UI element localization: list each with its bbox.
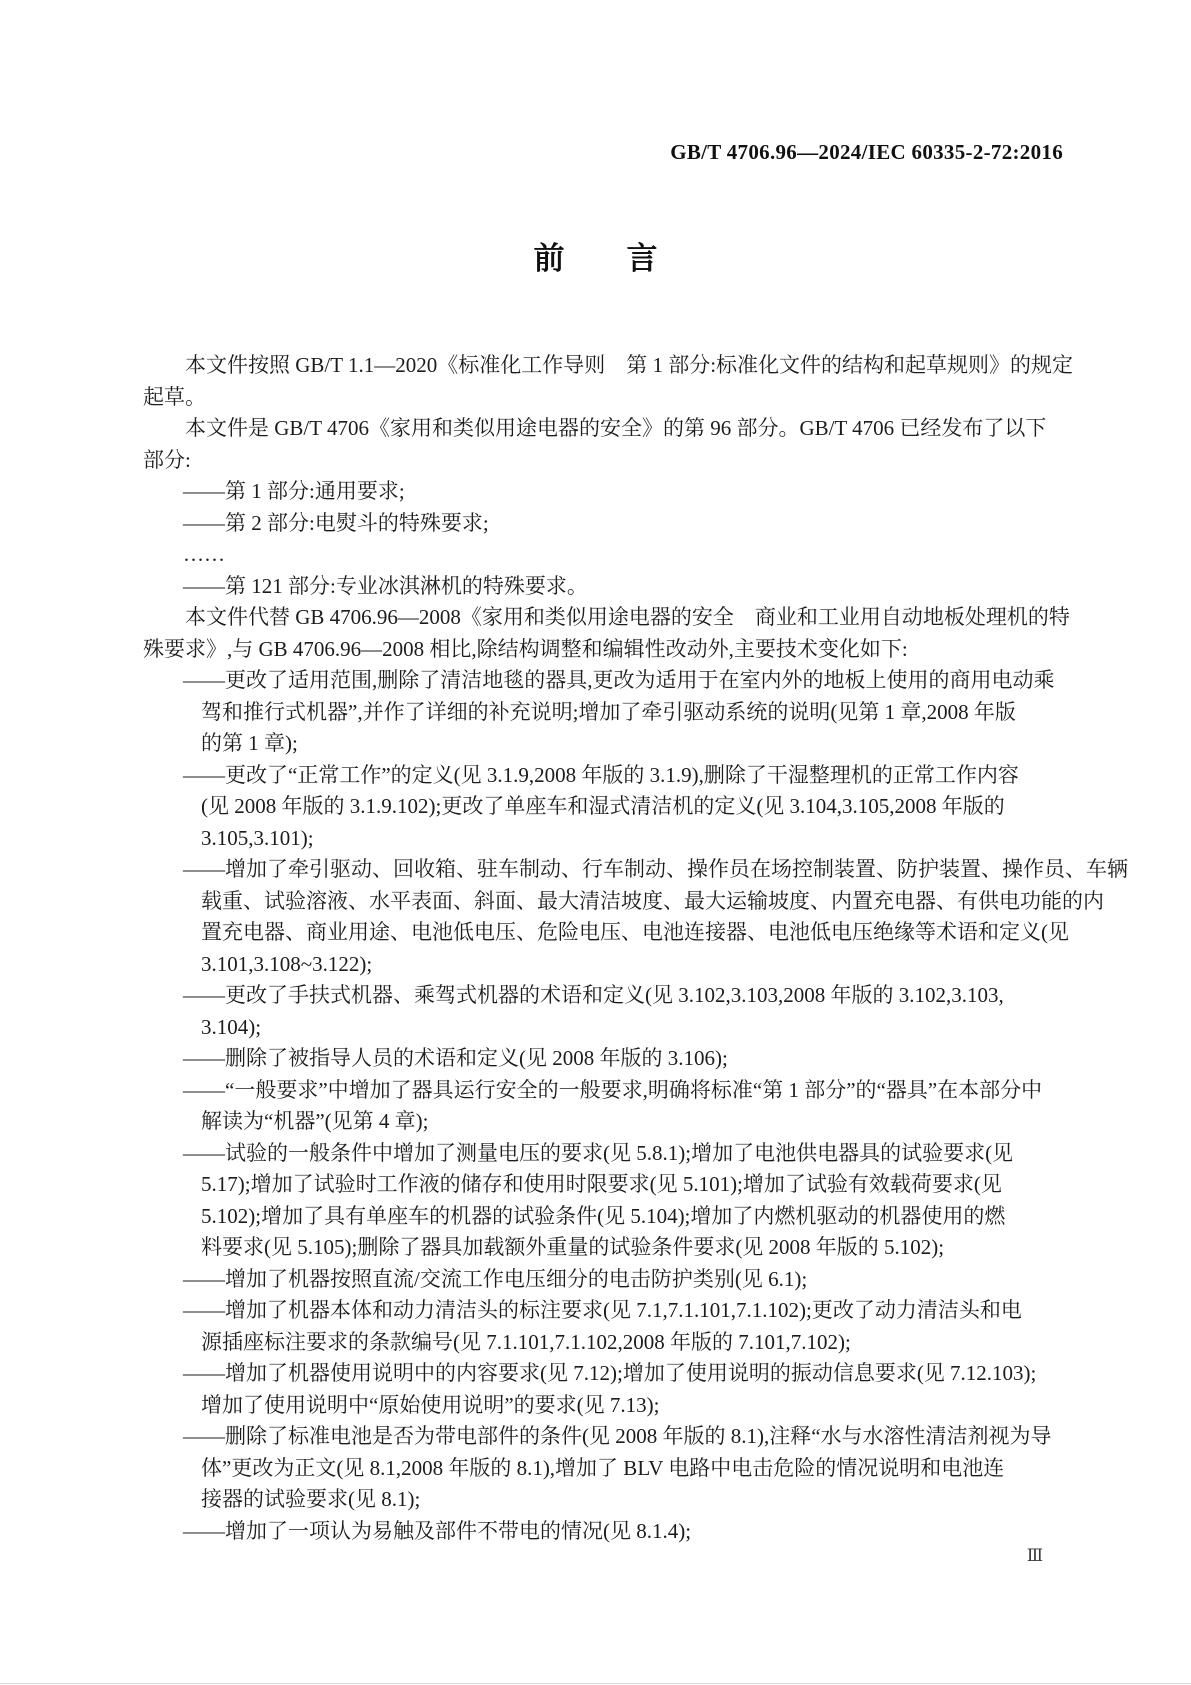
text-line: 接器的试验要求(见 8.1);: [143, 1484, 1063, 1516]
text-line: (见 2008 年版的 3.1.9.102);更改了单座车和湿式清洁机的定义(见…: [143, 791, 1063, 823]
text-line: 本文件是 GB/T 4706《家用和类似用途电器的安全》的第 96 部分。GB/…: [143, 413, 1063, 445]
text-line: 5.17);增加了试验时工作液的储存和使用时限要求(见 5.101);增加了试验…: [143, 1169, 1063, 1201]
page-bottom-edge: [0, 1683, 1191, 1684]
text-line: 体”更改为正文(见 8.1,2008 年版的 8.1),增加了 BLV 电路中电…: [143, 1453, 1063, 1485]
text-line: ——删除了标准电池是否为带电部件的条件(见 2008 年版的 8.1),注释“水…: [143, 1421, 1063, 1453]
text-line: 驾和推行式机器”,并作了详细的补充说明;增加了牵引驱动系统的说明(见第 1 章,…: [143, 697, 1063, 729]
text-line: 5.102);增加了具有单座车的机器的试验条件(见 5.104);增加了内燃机驱…: [143, 1201, 1063, 1233]
text-line: 部分:: [143, 445, 1063, 477]
text-line: 本文件代替 GB 4706.96—2008《家用和类似用途电器的安全 商业和工业…: [143, 602, 1063, 634]
text-line: 载重、试验溶液、水平表面、斜面、最大清洁坡度、最大运输坡度、内置充电器、有供电功…: [143, 886, 1063, 918]
text-line: ——增加了机器按照直流/交流工作电压细分的电击防护类别(见 6.1);: [143, 1264, 1063, 1296]
document-page: GB/T 4706.96—2024/IEC 60335-2-72:2016 前 …: [0, 0, 1191, 1685]
text-line: 3.105,3.101);: [143, 823, 1063, 855]
text-line: 起草。: [143, 382, 1063, 414]
text-line: 置充电器、商业用途、电池低电压、危险电压、电池连接器、电池低电压绝缘等术语和定义…: [143, 917, 1063, 949]
text-line: ——增加了机器使用说明中的内容要求(见 7.12);增加了使用说明的振动信息要求…: [143, 1358, 1063, 1390]
text-line: ——增加了牵引驱动、回收箱、驻车制动、行车制动、操作员在场控制装置、防护装置、操…: [143, 854, 1063, 886]
text-line: ——删除了被指导人员的术语和定义(见 2008 年版的 3.106);: [143, 1043, 1063, 1075]
text-line: ——试验的一般条件中增加了测量电压的要求(见 5.8.1);增加了电池供电器具的…: [143, 1138, 1063, 1170]
text-line: ——第 2 部分:电熨斗的特殊要求;: [143, 508, 1063, 540]
page-title: 前 言: [0, 233, 1191, 278]
text-line: ——“一般要求”中增加了器具运行安全的一般要求,明确将标准“第 1 部分”的“器…: [143, 1075, 1063, 1107]
text-line: 增加了使用说明中“原始使用说明”的要求(见 7.13);: [143, 1390, 1063, 1422]
body-lines: 本文件按照 GB/T 1.1—2020《标准化工作导则 第 1 部分:标准化文件…: [143, 350, 1063, 1547]
text-line: ……: [143, 539, 1063, 571]
text-line: 3.104);: [143, 1012, 1063, 1044]
text-line: ——更改了“正常工作”的定义(见 3.1.9,2008 年版的 3.1.9),删…: [143, 760, 1063, 792]
text-line: 本文件按照 GB/T 1.1—2020《标准化工作导则 第 1 部分:标准化文件…: [143, 350, 1063, 382]
text-line: ——第 121 部分:专业冰淇淋机的特殊要求。: [143, 571, 1063, 603]
page-number: Ⅲ: [1018, 1546, 1052, 1566]
text-line: ——更改了适用范围,删除了清洁地毯的器具,更改为适用于在室内外的地板上使用的商用…: [143, 665, 1063, 697]
text-line: 殊要求》,与 GB 4706.96—2008 相比,除结构调整和编辑性改动外,主…: [143, 634, 1063, 666]
text-line: ——增加了一项认为易触及部件不带电的情况(见 8.1.4);: [143, 1516, 1063, 1548]
text-line: ——第 1 部分:通用要求;: [143, 476, 1063, 508]
text-line: 解读为“机器”(见第 4 章);: [143, 1106, 1063, 1138]
text-line: 料要求(见 5.105);删除了器具加载额外重量的试验条件要求(见 2008 年…: [143, 1232, 1063, 1264]
standard-code-header: GB/T 4706.96—2024/IEC 60335-2-72:2016: [670, 140, 1063, 165]
text-line: ——增加了机器本体和动力清洁头的标注要求(见 7.1,7.1.101,7.1.1…: [143, 1295, 1063, 1327]
text-line: ——更改了手扶式机器、乘驾式机器的术语和定义(见 3.102,3.103,200…: [143, 980, 1063, 1012]
text-line: 的第 1 章);: [143, 728, 1063, 760]
text-line: 源插座标注要求的条款编号(见 7.1.101,7.1.102,2008 年版的 …: [143, 1327, 1063, 1359]
text-line: 3.101,3.108~3.122);: [143, 949, 1063, 981]
